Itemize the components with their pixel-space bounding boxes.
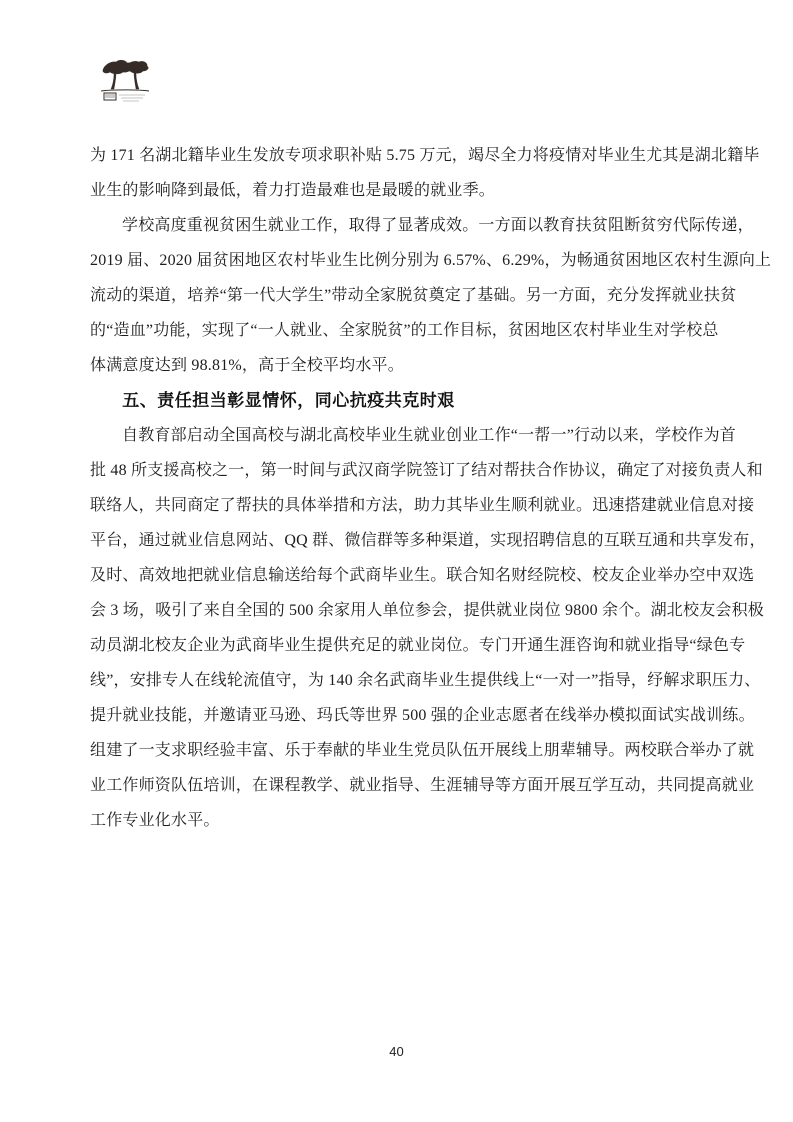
paragraph-line: 组建了一支求职经验丰富、乐于奉献的毕业生党员队伍开展线上朋辈辅导。两校联合举办了…: [90, 733, 702, 768]
document-page: 为 171 名湖北籍毕业生发放专项求职补贴 5.75 万元，竭尽全力将疫情对毕业…: [0, 0, 793, 1122]
paragraph-line: 动员湖北校友企业为武商毕业生提供充足的就业岗位。专门开通生涯咨询和就业指导“绿色…: [90, 628, 702, 663]
paragraph-line: 及时、高效地把就业信息输送给每个武商毕业生。联合知名财经院校、校友企业举办空中双…: [90, 558, 702, 593]
paragraph-line: 会 3 场，吸引了来自全国的 500 余家用人单位参会，提供就业岗位 9800 …: [90, 593, 702, 628]
paragraph-line: 流动的渠道，培养“第一代大学生”带动全家脱贫奠定了基础。另一方面，充分发挥就业扶…: [90, 278, 702, 313]
paragraph-line: 为 171 名湖北籍毕业生发放专项求职补贴 5.75 万元，竭尽全力将疫情对毕业…: [90, 138, 702, 173]
paragraph-line: 体满意度达到 98.81%，高于全校平均水平。: [90, 348, 702, 383]
paragraph-line: 提升就业技能，并邀请亚马逊、玛氏等世界 500 强的企业志愿者在线举办模拟面试实…: [90, 698, 702, 733]
paragraph-line: 业生的影响降到最低，着力打造最难也是最暖的就业季。: [90, 173, 702, 208]
document-body: 为 171 名湖北籍毕业生发放专项求职补贴 5.75 万元，竭尽全力将疫情对毕业…: [90, 138, 702, 838]
paragraph-line: 线”，安排专人在线轮流值守，为 140 余名武商毕业生提供线上“一对一”指导，纾…: [90, 663, 702, 698]
tree-sketch-logo: [99, 57, 151, 107]
paragraph-line: 业工作师资队伍培训，在课程教学、就业指导、生涯辅导等方面开展互学互动，共同提高就…: [90, 768, 702, 803]
paragraph-line: 的“造血”功能，实现了“一人就业、全家脱贫”的工作目标，贫困地区农村毕业生对学校…: [90, 313, 702, 348]
paragraph-line: 学校高度重视贫困生就业工作，取得了显著成效。一方面以教育扶贫阻断贫穷代际传递，: [90, 208, 702, 243]
page-number: 40: [0, 1044, 793, 1059]
paragraph-line: 平台，通过就业信息网站、QQ 群、微信群等多种渠道，实现招聘信息的互联互通和共享…: [90, 523, 702, 558]
paragraph-line: 联络人，共同商定了帮扶的具体举措和方法，助力其毕业生顺利就业。迅速搭建就业信息对…: [90, 488, 702, 523]
paragraph-line: 工作专业化水平。: [90, 803, 702, 838]
paragraph-line: 2019 届、2020 届贫困地区农村毕业生比例分别为 6.57%、6.29%，…: [90, 243, 702, 278]
paragraph-line: 自教育部启动全国高校与湖北高校毕业生就业创业工作“一帮一”行动以来，学校作为首: [90, 418, 702, 453]
paragraph-line: 批 48 所支援高校之一，第一时间与武汉商学院签订了结对帮扶合作协议，确定了对接…: [90, 453, 702, 488]
section-heading: 五、责任担当彰显情怀，同心抗疫共克时艰: [90, 383, 702, 418]
